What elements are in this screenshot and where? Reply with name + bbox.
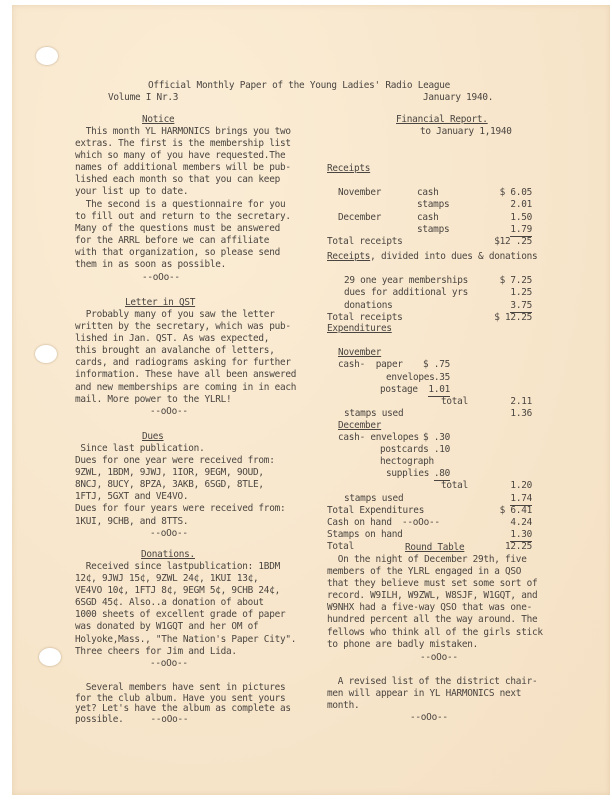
text-line: Received since lastpublication: 1BDM (75, 561, 296, 573)
text-line: 1FTJ, 5GXT and VE4VO. (75, 491, 285, 503)
text-line: them in as soon as possible. (75, 259, 291, 271)
expenditure-total-row: total1.20 (327, 480, 587, 492)
notice-heading: Notice (142, 114, 174, 126)
text-line: mail. More power to the YLRL! (75, 394, 296, 406)
album-body: Several members have sent in picturesfor… (75, 683, 291, 725)
text-line: this brought an avalanche of letters, (75, 345, 296, 357)
punch-hole (36, 47, 58, 65)
notice-body: This month YL HARMONICS brings you twoex… (75, 126, 291, 271)
text-line: information. These have all been answere… (75, 369, 296, 381)
text-line: lished in Jan. QST. As was expected, (75, 333, 296, 345)
text-line: that they believe must set some sort of (327, 578, 543, 590)
receipts-divided-row: dues for additional yrs1.25 (327, 287, 587, 299)
text-line: and new memberships are coming in in eac… (75, 382, 296, 394)
text-line: men will appear in YL HARMONICS next (327, 688, 537, 700)
text-line: Dues for four years were received from: (75, 503, 285, 515)
stamps-used-row: stamps used1.36 (327, 408, 587, 420)
text-line: for the ARRL before we can affiliate (75, 235, 291, 247)
text-line: A revised list of the district chair- (327, 676, 537, 688)
stamps-used-row: stamps used1.74 (327, 493, 587, 505)
letter-in-qst-heading: Letter in QST (125, 297, 195, 309)
text-line: hundred percent all the way around. The (327, 614, 543, 626)
financial-report-subtitle: to January 1,1940 (420, 126, 512, 138)
section-separator: --oOo-- (150, 406, 188, 418)
receipts-row: Novembercash$ 6.05 (327, 187, 587, 199)
text-line: your list up to date. (75, 186, 291, 198)
text-line: Since last publication. (75, 443, 285, 455)
text-line: fellows who think all of the girls stick (327, 627, 543, 639)
receipts-divided-heading: Receipts (327, 251, 370, 262)
text-line: Three cheers for Jim and Lida. (75, 646, 296, 658)
text-line: to fill out and return to the secretary. (75, 211, 291, 223)
expenditure-summary-row: Total Expenditures$ 6.41 (327, 505, 587, 517)
expenditure-month-heading: November (327, 347, 587, 359)
text-line: was donated by W1GQT and her OM of (75, 621, 296, 633)
text-line: possible. --oOo-- (75, 715, 291, 726)
expenditure-row: postage1.01 (327, 384, 587, 396)
section-separator: --oOo-- (402, 517, 440, 529)
punch-hole (35, 345, 57, 363)
expenditure-row: cash- paper$ .75 (327, 359, 587, 371)
section-separator: --oOo-- (420, 652, 458, 664)
text-line: lished each month so that you can keep (75, 174, 291, 186)
issue-date: January 1940. (423, 92, 493, 104)
text-line: members of the YLRL engaged in a QSO (327, 566, 543, 578)
section-separator: --oOo-- (150, 658, 188, 670)
text-line: to phone are badly mistaken. (327, 639, 543, 651)
text-line: 9ZWL, 1BDM, 9JWJ, 1IOR, 9EGM, 9OUD, (75, 467, 285, 479)
text-line: which so many of you have requested.The (75, 150, 291, 162)
text-line: On the night of December 29th, five (327, 554, 543, 566)
receipts-row: Decembercash1.50 (327, 212, 587, 224)
expenditure-row: hectograph (327, 456, 587, 468)
text-line: with that organization, so please send (75, 247, 291, 259)
section-separator: --oOo-- (410, 712, 448, 724)
section-separator: --oOo-- (150, 528, 188, 540)
text-line: record. W9ILH, W9ZWL, W8SJF, W1GQT, and (327, 590, 543, 602)
text-line: The second is a questionnaire for you (75, 199, 291, 211)
district-list-body: A revised list of the district chair-men… (327, 676, 537, 712)
donations-heading: Donations. (141, 549, 195, 561)
expenditure-row: postcards.10 (327, 444, 587, 456)
text-line: Holyoke,Mass., "The Nation's Paper City"… (75, 634, 296, 646)
text-line: Probably many of you saw the letter (75, 309, 296, 321)
section-separator: --oOo-- (142, 272, 180, 284)
round-table-heading: Round Table (405, 542, 464, 554)
text-line: Several members have sent in pictures (75, 683, 291, 694)
dues-heading: Dues (142, 431, 164, 443)
text-line: This month YL HARMONICS brings you two (75, 126, 291, 138)
text-line: VE4VO 10¢, 1FTJ 8¢, 9EGM 5¢, 9CHB 24¢, (75, 585, 296, 597)
receipts-divided-row: 29 one year memberships$ 7.25 (327, 275, 587, 287)
expenditure-summary-row: Cash on hand4.24 (327, 517, 587, 529)
volume-number: Volume I Nr.3 (108, 92, 178, 104)
text-line: names of additional members will be pub- (75, 162, 291, 174)
text-line: 12¢, 9JWJ 15¢, 9ZWL 24¢, 1KUI 13¢, (75, 573, 296, 585)
receipts-row: stamps2.01 (327, 199, 587, 211)
text-line: 1000 sheets of excellent grade of paper (75, 609, 296, 621)
dues-body: Since last publication.Dues for one year… (75, 443, 285, 528)
expenditure-total-row: total2.11 (327, 396, 587, 408)
text-line: 8NCJ, 8UCY, 8PZA, 3AKB, 6SGD, 8TLE, (75, 479, 285, 491)
expenditure-row: envelopes.35 (327, 372, 587, 384)
text-line: Many of the questions must be answered (75, 223, 291, 235)
text-line: cards, and radiograms asking for further (75, 357, 296, 369)
text-line: yet? Let's have the album as complete as (75, 704, 291, 715)
financial-report-heading: Financial Report. (396, 114, 488, 126)
round-table-body: On the night of December 29th, fivemembe… (327, 554, 543, 651)
text-line: written by the secretary, which was pub- (75, 321, 296, 333)
text-line: Dues for one year were received from: (75, 455, 285, 467)
text-line: W9NHX had a five-way QSO that was one- (327, 602, 543, 614)
receipts-heading: Receipts (327, 163, 370, 175)
expenditure-summary-row: Stamps on hand1.30 (327, 529, 587, 541)
masthead: Official Monthly Paper of the Young Ladi… (148, 80, 450, 92)
expenditure-row: supplies.80 (327, 468, 587, 480)
text-line: month. (327, 700, 537, 712)
text-line: 1KUI, 9CHB, and 8TTS. (75, 516, 285, 528)
letter-in-qst-body: Probably many of you saw the letterwritt… (75, 309, 296, 406)
text-line: 6SGD 45¢. Also..a donation of about (75, 597, 296, 609)
punch-hole (39, 648, 61, 666)
text-line: extras. The first is the membership list (75, 138, 291, 150)
donations-body: Received since lastpublication: 1BDM12¢,… (75, 561, 296, 658)
expenditure-month-heading: December (327, 420, 587, 432)
expenditures-table: Expenditures Novembercash- paper$ .75env… (327, 299, 587, 553)
expenditures-heading: Expenditures (327, 323, 392, 335)
expenditure-row: cash- envelopes$ .30 (327, 432, 587, 444)
